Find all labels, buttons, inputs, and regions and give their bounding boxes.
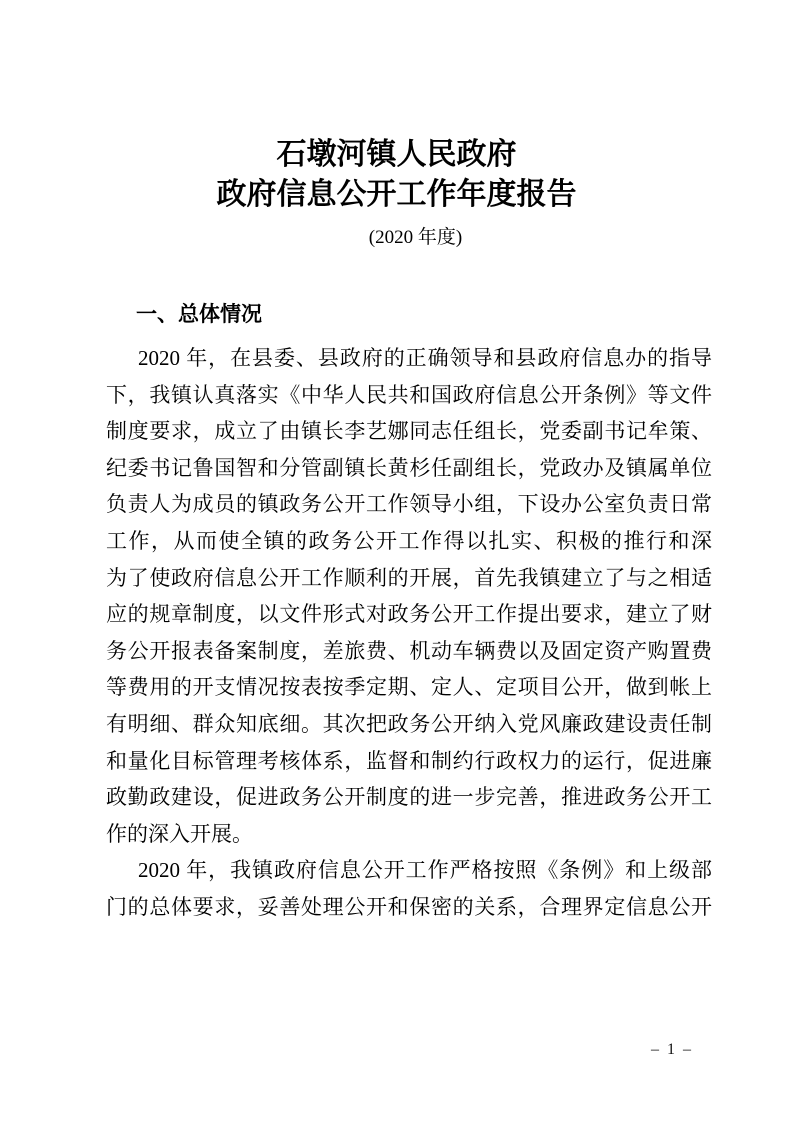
body-line: 等费用的开支情况按表按季定期、定人、定项目公开，做到帐上 xyxy=(106,669,712,706)
document-page: 石墩河镇人民政府 政府信息公开工作年度报告 (2020 年度) 一、总体情况 2… xyxy=(0,0,793,1122)
body-line: 政勤政建设，促进政务公开制度的进一步完善，推进政务公开工 xyxy=(106,779,712,816)
body-line: 工作，从而使全镇的政务公开工作得以扎实、积极的推行和深化。 xyxy=(106,523,712,560)
document-title-line2: 政府信息公开工作年度报告 xyxy=(0,175,793,215)
body-text: 2020 年，在县委、县政府的正确领导和县政府信息办的指导下，我镇认真落实《中华… xyxy=(106,340,712,926)
body-line: 2020 年，在县委、县政府的正确领导和县政府信息办的指导 xyxy=(106,340,712,377)
body-line: 有明细、群众知底细。其次把政务公开纳入党风廉政建设责任制 xyxy=(106,706,712,743)
body-line: 作的深入开展。 xyxy=(106,816,712,853)
document-subtitle-year: (2020 年度) xyxy=(19,223,793,253)
body-line: 制度要求，成立了由镇长李艺娜同志任组长，党委副书记牟策、 xyxy=(106,413,712,450)
body-line: 2020 年，我镇政府信息公开工作严格按照《条例》和上级部 xyxy=(106,852,712,889)
body-line: 为了使政府信息公开工作顺利的开展，首先我镇建立了与之相适 xyxy=(106,560,712,597)
body-line: 门的总体要求，妥善处理公开和保密的关系，合理界定信息公开 xyxy=(106,889,712,926)
page-number: – 1 – xyxy=(617,1040,727,1060)
body-line: 纪委书记鲁国智和分管副镇长黄杉任副组长，党政办及镇属单位 xyxy=(106,450,712,487)
document-title-block: 石墩河镇人民政府 政府信息公开工作年度报告 (2020 年度) xyxy=(0,135,793,253)
body-line: 负责人为成员的镇政务公开工作领导小组，下设办公室负责日常 xyxy=(106,486,712,523)
body-line: 务公开报表备案制度，差旅费、机动车辆费以及固定资产购置费 xyxy=(106,633,712,670)
section-heading-overview: 一、总体情况 xyxy=(106,301,712,329)
body-line: 下，我镇认真落实《中华人民共和国政府信息公开条例》等文件 xyxy=(106,377,712,414)
body-line: 和量化目标管理考核体系，监督和制约行政权力的运行，促进廉 xyxy=(106,743,712,780)
body-line: 应的规章制度，以文件形式对政务公开工作提出要求，建立了财 xyxy=(106,596,712,633)
document-title-line1: 石墩河镇人民政府 xyxy=(0,135,793,175)
